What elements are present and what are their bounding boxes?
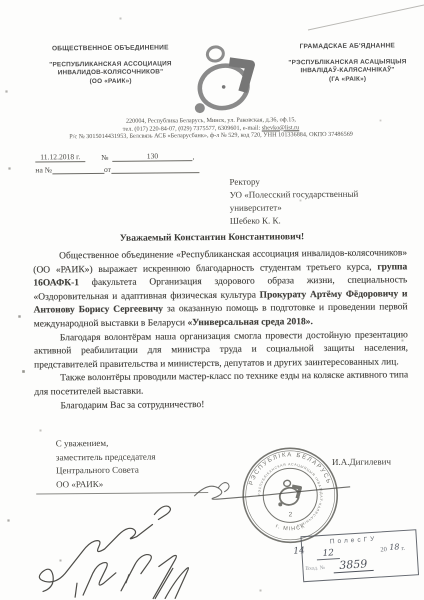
- received-org: ПолесГУ: [330, 536, 378, 546]
- paragraph-3: Также волонтёры проводили мастер-класс п…: [34, 370, 408, 400]
- wheelchair-logo-icon: [188, 40, 257, 117]
- addressee-block: Ректору УО «Полесский государственный ун…: [229, 175, 358, 228]
- letterhead-belarusian: ГРАМАДСКАЕ АБ'ЯДНАННЕ "РЭСПУБЛІКАНСКАЯ А…: [276, 42, 418, 83]
- letter-body: Общественное объединение «Республиканска…: [33, 247, 408, 413]
- org-abbr-by: (ГА «РАІК»): [277, 75, 419, 83]
- email-text: shevko@list.ru: [262, 124, 300, 131]
- received-number: 3859: [333, 557, 374, 573]
- number-label: №: [101, 153, 108, 162]
- received-stamp: ПолесГУ 14 12 20 18 г. Вход. № 3859: [300, 529, 419, 582]
- org-abbr-ru: (ОО «РАИК»): [27, 77, 195, 85]
- reference-row-2: на № от: [35, 161, 199, 174]
- received-number-label: Вход. №: [305, 565, 325, 572]
- scanned-letter-page: ОБЩЕСТВЕННОЕ ОБЪЕДИНЕНИЕ "РЕСПУБЛИКАНСКА…: [0, 0, 424, 600]
- salutation: Уважаемый Константин Константинович!: [0, 230, 424, 245]
- addressee-title: Ректору: [229, 175, 358, 189]
- letter-date: 11.12.2018 г.: [35, 152, 85, 162]
- received-year: 18: [389, 542, 400, 552]
- addressee-org-1: УО «Полесский государственный: [230, 188, 359, 202]
- paragraph-1: Общественное объединение «Республиканска…: [33, 247, 408, 332]
- letter-content: ОБЩЕСТВЕННОЕ ОБЪЕДИНЕНИЕ "РЕСПУБЛИКАНСКА…: [0, 0, 424, 600]
- closing-regards: С уважением,: [56, 437, 156, 451]
- received-year-prefix: 20: [380, 546, 387, 553]
- addressee-name: Шебеко К. К.: [230, 214, 359, 228]
- p1-event-bold: «Универсальная среда 2018».: [187, 317, 313, 328]
- org-name-by: "РЭСПУБЛІКАНСКАЯ АСАЦЫЯЦЫЯ ІНВАЛІДАЎ-КАЛ…: [276, 58, 418, 75]
- reference-block: 11.12.2018 г. № 130 , на № от: [35, 149, 199, 174]
- blank-line: [111, 172, 199, 174]
- received-year-suffix: г.: [401, 545, 405, 552]
- closing-position-1: заместитель председателя: [56, 450, 156, 464]
- address-block: 220004, Республика Беларусь, Минск, ул. …: [5, 115, 417, 141]
- handwritten-note: [24, 478, 235, 600]
- org-type-by: ГРАМАДСКАЕ АБ'ЯДНАННЕ: [276, 42, 418, 50]
- org-type-ru: ОБЩЕСТВЕННОЕ ОБЪЕДИНЕНИЕ: [26, 44, 194, 52]
- reference-row-1: 11.12.2018 г. № 130 ,: [35, 149, 199, 162]
- comma: ,: [192, 152, 194, 161]
- p1-text: Общественное объединение «Республиканска…: [33, 248, 407, 275]
- closing-position-2: Центрального Совета: [56, 464, 156, 478]
- paragraph-2: Благодаря волонтёрам наша организация см…: [34, 329, 408, 373]
- from-label: от: [104, 165, 111, 174]
- paragraph-4: Благодарим Вас за сотрудничество!: [34, 397, 408, 414]
- received-day: 14: [293, 546, 305, 557]
- addressee-org-2: университет»: [230, 201, 359, 215]
- org-name-ru: "РЕСПУБЛИКАНСКАЯ АССОЦИАЦИЯ ИНВАЛИДОВ-КО…: [26, 60, 194, 77]
- letterhead-russian: ОБЩЕСТВЕННОЕ ОБЪЕДИНЕНИЕ "РЕСПУБЛИКАНСКА…: [26, 44, 194, 85]
- reply-to-label: на №: [35, 165, 52, 174]
- blank-line: [52, 173, 104, 174]
- letter-number: 130: [112, 151, 192, 162]
